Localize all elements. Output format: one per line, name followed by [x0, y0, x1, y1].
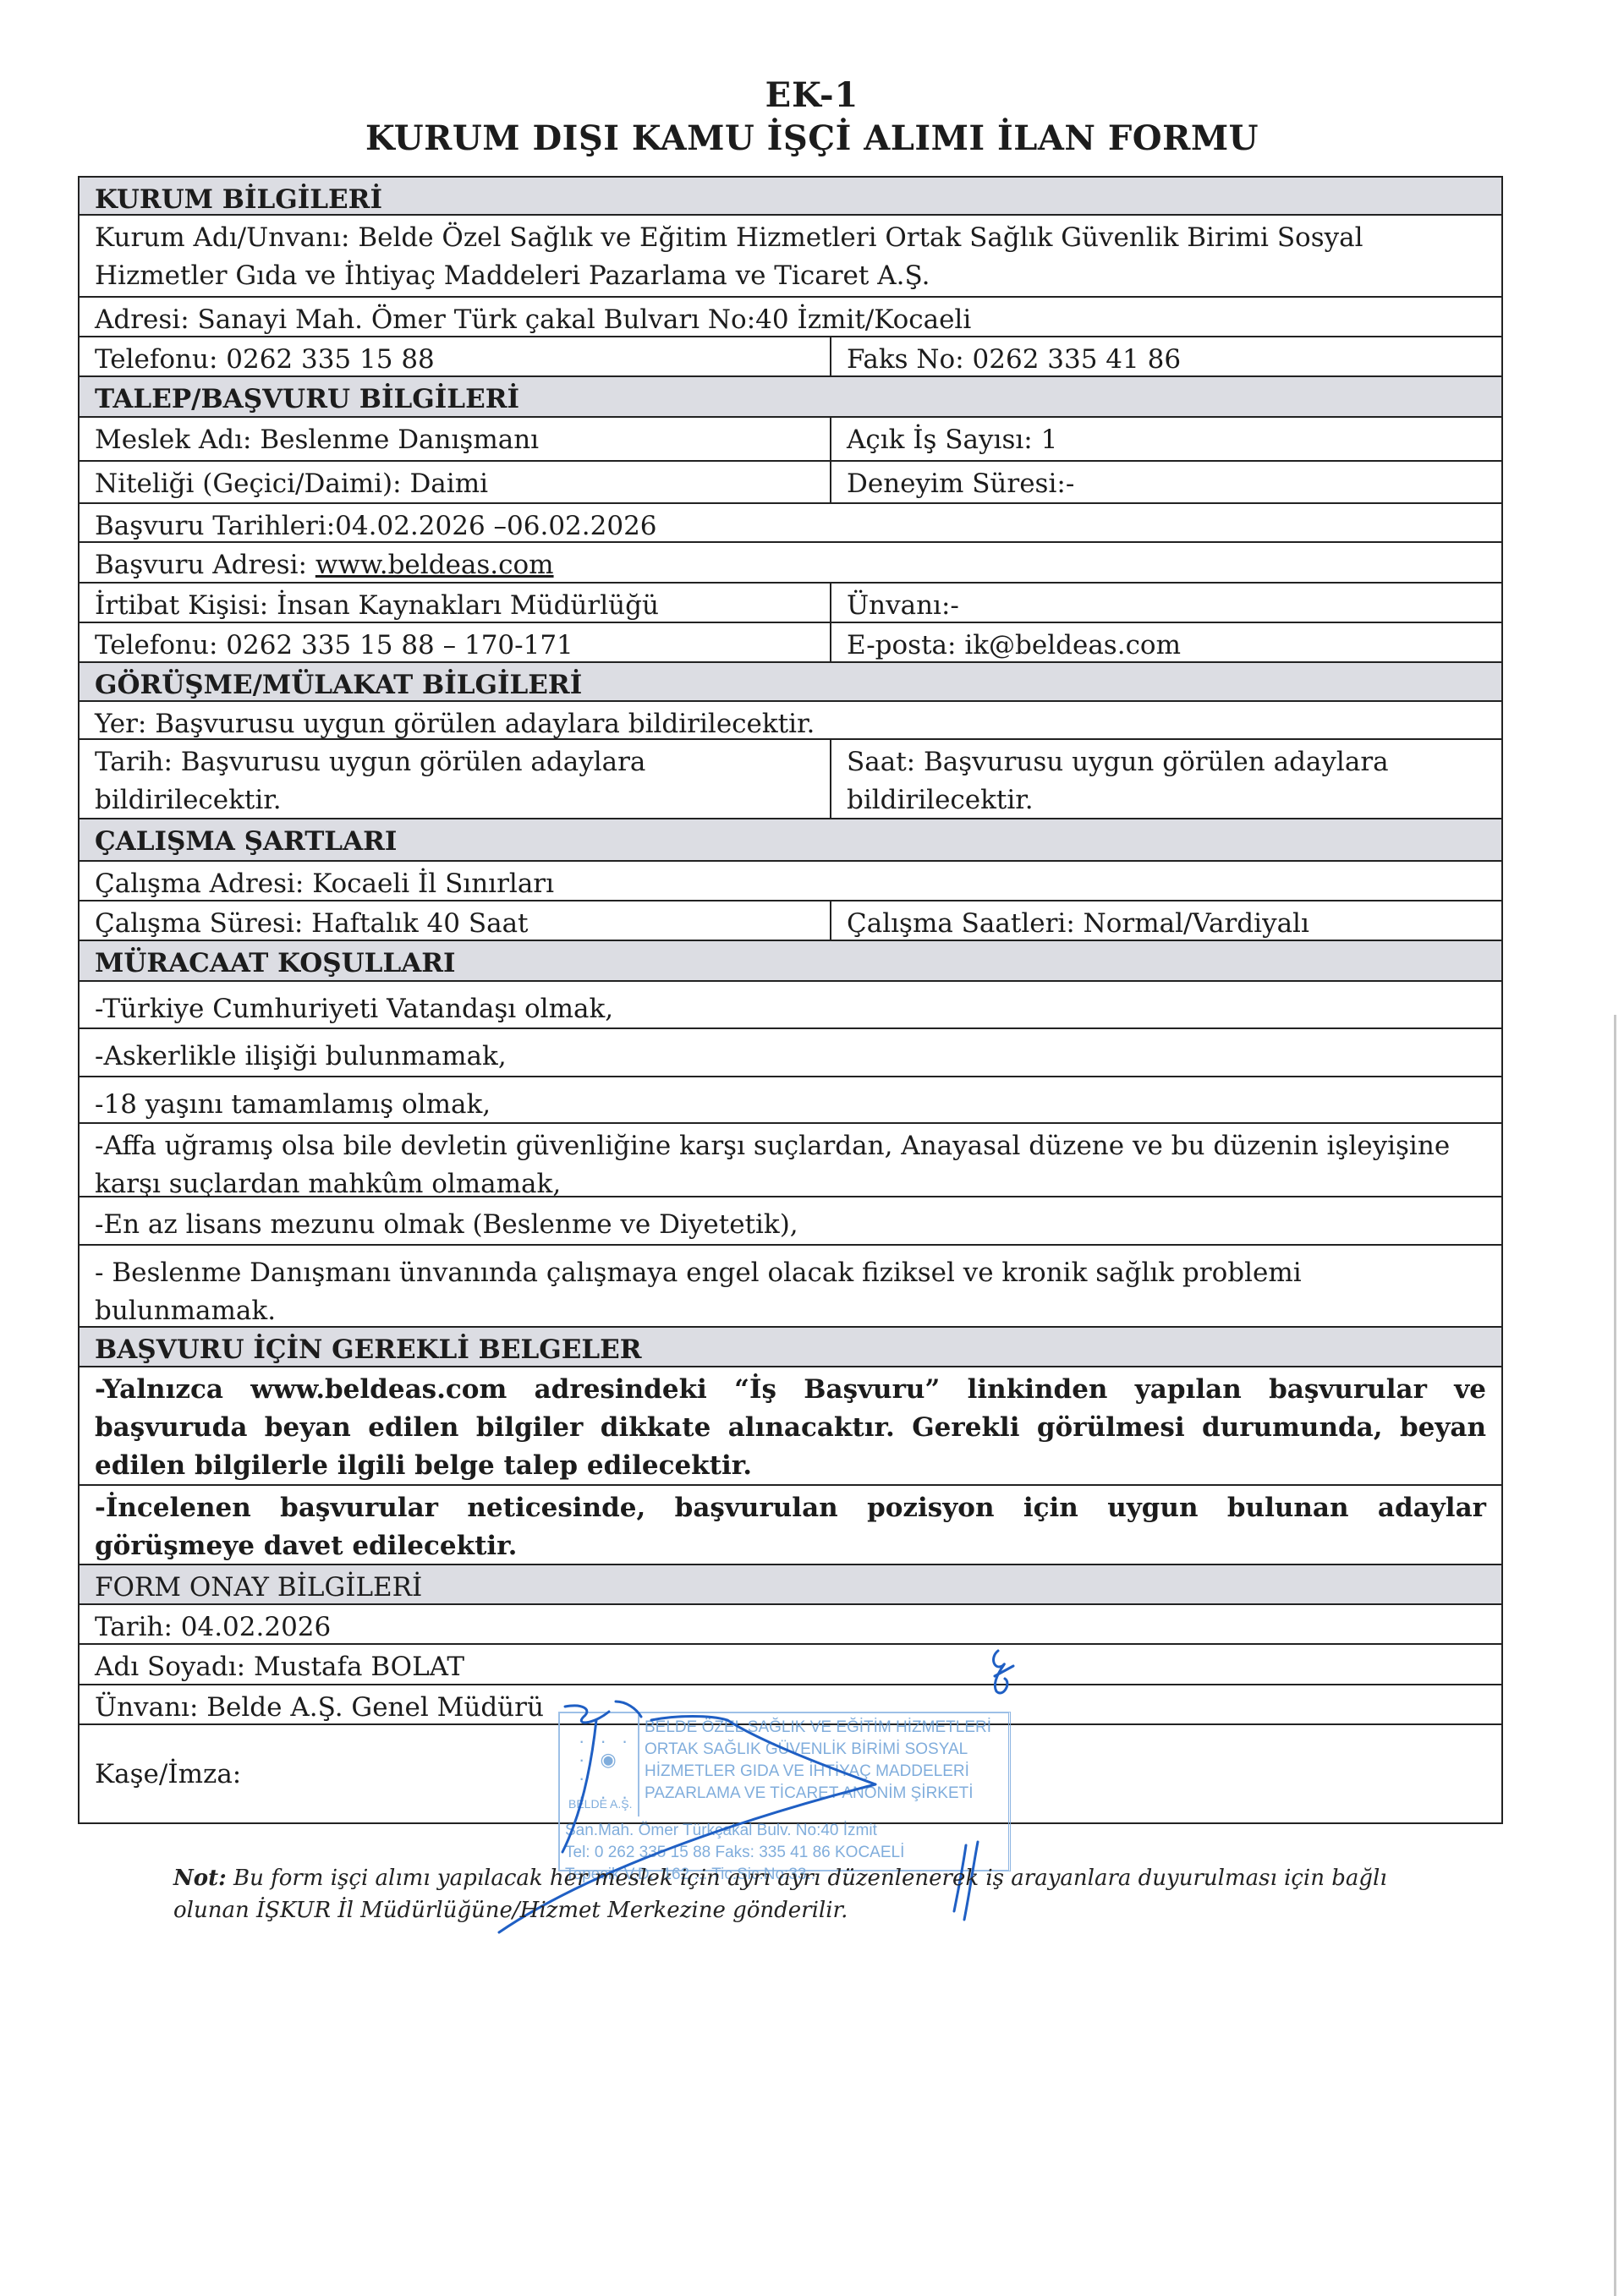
stamp-phone: Tel: 0 262 335 15 88 Faks: 335 41 86 KOC… — [565, 1842, 996, 1864]
section-header-talep: TALEP/BAŞVURU BİLGİLERİ — [80, 377, 1501, 418]
section-title: FORM ONAY BİLGİLERİ — [80, 1565, 1501, 1603]
condition-text: -Türkiye Cumhuriyeti Vatandaşı olmak, — [80, 982, 1501, 1027]
contact-phone: Telefonu: 0262 335 15 88 – 170-171 — [80, 623, 831, 661]
row-contact-phone: Telefonu: 0262 335 15 88 – 170-171 E-pos… — [80, 623, 1501, 663]
section-header-gorusme: GÖRÜŞME/MÜLAKAT BİLGİLERİ — [80, 663, 1501, 702]
section-title: MÜRACAAT KOŞULLARI — [80, 941, 1501, 980]
application-dates: Başvuru Tarihleri:04.02.2026 –06.02.2026 — [80, 504, 1501, 541]
company-stamp: · · ·· ◉ ·· · · BELDE A.Ş. BELDE ÖZEL SA… — [558, 1701, 1015, 1871]
kurum-fax: Faks No: 0262 335 41 86 — [831, 337, 1501, 375]
row-contact: İrtibat Kişisi: İnsan Kaynakları Müdürlü… — [80, 584, 1501, 623]
approval-date: Tarih: 04.02.2026 — [80, 1605, 1501, 1643]
scan-edge — [1614, 1015, 1616, 2296]
section-header-kurum: KURUM BİLGİLERİ — [80, 178, 1501, 216]
interview-time: Saat: Başvurusu uygun görülen adaylara b… — [831, 740, 1501, 818]
stamp-company-name: BELDE ÖZEL SAĞLIK VE EĞİTİM HİZMETLERİ O… — [645, 1717, 1000, 1805]
row-application-address: Başvuru Adresi: www.beldeas.com — [80, 543, 1501, 584]
announcement-form: KURUM BİLGİLERİ Kurum Adı/Unvanı: Belde … — [78, 176, 1503, 1824]
row-kurum-phone-fax: Telefonu: 0262 335 15 88 Faks No: 0262 3… — [80, 337, 1501, 377]
application-address-link[interactable]: www.beldeas.com — [315, 550, 554, 580]
row-dates: Başvuru Tarihleri:04.02.2026 –06.02.2026 — [80, 504, 1501, 543]
row-interview-datetime: Tarih: Başvurusu uygun görülen adaylara … — [80, 740, 1501, 819]
document-item: -Yalnızca www.beldeas.com adresindeki “İ… — [80, 1367, 1501, 1486]
section-header-belgeler: BAŞVURU İÇİN GEREKLİ BELGELER — [80, 1328, 1501, 1367]
work-address: Çalışma Adresi: Kocaeli İl Sınırları — [80, 862, 1501, 900]
application-address: Başvuru Adresi: www.beldeas.com — [80, 543, 1501, 582]
section-title: GÖRÜŞME/MÜLAKAT BİLGİLERİ — [80, 663, 1501, 700]
interview-date: Tarih: Başvurusu uygun görülen adaylara … — [80, 740, 831, 818]
note-label: Not: — [173, 1866, 227, 1891]
section-title: ÇALIŞMA ŞARTLARI — [80, 819, 1501, 860]
kurum-address: Adresi: Sanayi Mah. Ömer Türk çakal Bulv… — [80, 298, 1501, 336]
condition-text: -En az lisans mezunu olmak (Beslenme ve … — [80, 1197, 1501, 1244]
stamp-line: HİZMETLER GIDA VE İHTİYAÇ MADDELERİ — [645, 1761, 1000, 1783]
row-kurum-name: Kurum Adı/Unvanı: Belde Özel Sağlık ve E… — [80, 216, 1501, 298]
document-title: KURUM DIŞI KAMU İŞÇİ ALIMI İLAN FORMU — [0, 117, 1624, 161]
annex-label: EK-1 — [0, 74, 1624, 117]
section-title: BAŞVURU İÇİN GEREKLİ BELGELER — [80, 1328, 1501, 1366]
condition-text: -Askerlikle ilişiği bulunmamak, — [80, 1029, 1501, 1076]
experience: Deneyim Süresi:- — [831, 462, 1501, 502]
condition-item: -Türkiye Cumhuriyeti Vatandaşı olmak, — [80, 982, 1501, 1029]
condition-item: -Affa uğramış olsa bile devletin güvenli… — [80, 1124, 1501, 1197]
work-duration: Çalışma Süresi: Haftalık 40 Saat — [80, 901, 831, 940]
nature: Niteliği (Geçici/Daimi): Daimi — [80, 462, 831, 502]
condition-item: -En az lisans mezunu olmak (Beslenme ve … — [80, 1197, 1501, 1246]
approver-name: Adı Soyadı: Mustafa BOLAT — [80, 1645, 1501, 1684]
section-header-muracaat: MÜRACAAT KOŞULLARI — [80, 941, 1501, 982]
row-nature: Niteliği (Geçici/Daimi): Daimi Deneyim S… — [80, 462, 1501, 504]
stamp-line: ORTAK SAĞLIK GÜVENLİK BİRİMİ SOSYAL — [645, 1739, 1000, 1761]
interview-place: Yer: Başvurusu uygun görülen adaylara bi… — [80, 702, 1501, 738]
section-header-onay: FORM ONAY BİLGİLERİ — [80, 1565, 1501, 1605]
kurum-name: Kurum Adı/Unvanı: Belde Özel Sağlık ve E… — [80, 216, 1501, 296]
document-text: -Yalnızca www.beldeas.com adresindeki “İ… — [80, 1367, 1501, 1484]
contact-email: E-posta: ik@beldeas.com — [831, 623, 1501, 661]
section-title: KURUM BİLGİLERİ — [80, 178, 1501, 214]
footer-note: Not: Bu form işçi alımı yapılacak her me… — [173, 1862, 1442, 1926]
section-header-calisma: ÇALIŞMA ŞARTLARI — [80, 819, 1501, 862]
stamp-line: PAZARLAMA VE TİCARET ANONİM ŞİRKETİ — [645, 1783, 1000, 1805]
condition-item: -Askerlikle ilişiği bulunmamak, — [80, 1029, 1501, 1077]
stamp-logo: · · ·· ◉ ·· · · BELDE A.Ş. — [563, 1715, 639, 1817]
kurum-phone: Telefonu: 0262 335 15 88 — [80, 337, 831, 375]
contact-person: İrtibat Kişisi: İnsan Kaynakları Müdürlü… — [80, 584, 831, 622]
application-address-label: Başvuru Adresi: — [95, 550, 315, 580]
document-text: -İncelenen başvurular neticesinde, başvu… — [80, 1486, 1501, 1564]
condition-item: - Beslenme Danışmanı ünvanında çalışmaya… — [80, 1246, 1501, 1328]
condition-text: -18 yaşını tamamlamış olmak, — [80, 1077, 1501, 1122]
note-text: Bu form işçi alımı yapılacak her meslek … — [173, 1866, 1387, 1923]
row-approval-date: Tarih: 04.02.2026 — [80, 1605, 1501, 1645]
row-work-duration: Çalışma Süresi: Haftalık 40 Saat Çalışma… — [80, 901, 1501, 941]
row-interview-place: Yer: Başvurusu uygun görülen adaylara bi… — [80, 702, 1501, 740]
document-header: EK-1 KURUM DIŞI KAMU İŞÇİ ALIMI İLAN FOR… — [0, 74, 1624, 161]
condition-text: - Beslenme Danışmanı ünvanında çalışmaya… — [80, 1246, 1501, 1326]
work-hours: Çalışma Saatleri: Normal/Vardiyalı — [831, 901, 1501, 940]
open-positions: Açık İş Sayısı: 1 — [831, 418, 1501, 460]
contact-title: Ünvanı:- — [831, 584, 1501, 622]
condition-text: -Affa uğramış olsa bile devletin güvenli… — [80, 1124, 1501, 1196]
row-profession: Meslek Adı: Beslenme Danışmanı Açık İş S… — [80, 418, 1501, 462]
row-work-address: Çalışma Adresi: Kocaeli İl Sınırları — [80, 862, 1501, 901]
condition-item: -18 yaşını tamamlamış olmak, — [80, 1077, 1501, 1124]
section-title: TALEP/BAŞVURU BİLGİLERİ — [80, 377, 1501, 416]
row-kurum-address: Adresi: Sanayi Mah. Ömer Türk çakal Bulv… — [80, 298, 1501, 337]
profession: Meslek Adı: Beslenme Danışmanı — [80, 418, 831, 460]
stamp-line: BELDE ÖZEL SAĞLIK VE EĞİTİM HİZMETLERİ — [645, 1717, 1000, 1739]
document-item: -İncelenen başvurular neticesinde, başvu… — [80, 1486, 1501, 1565]
row-approver-name: Adı Soyadı: Mustafa BOLAT — [80, 1645, 1501, 1685]
stamp-logo-text: BELDE A.Ş. — [568, 1793, 632, 1815]
stamp-address: San.Mah. Ömer Türkçakal Bulv. No:40 İzmi… — [565, 1820, 996, 1842]
